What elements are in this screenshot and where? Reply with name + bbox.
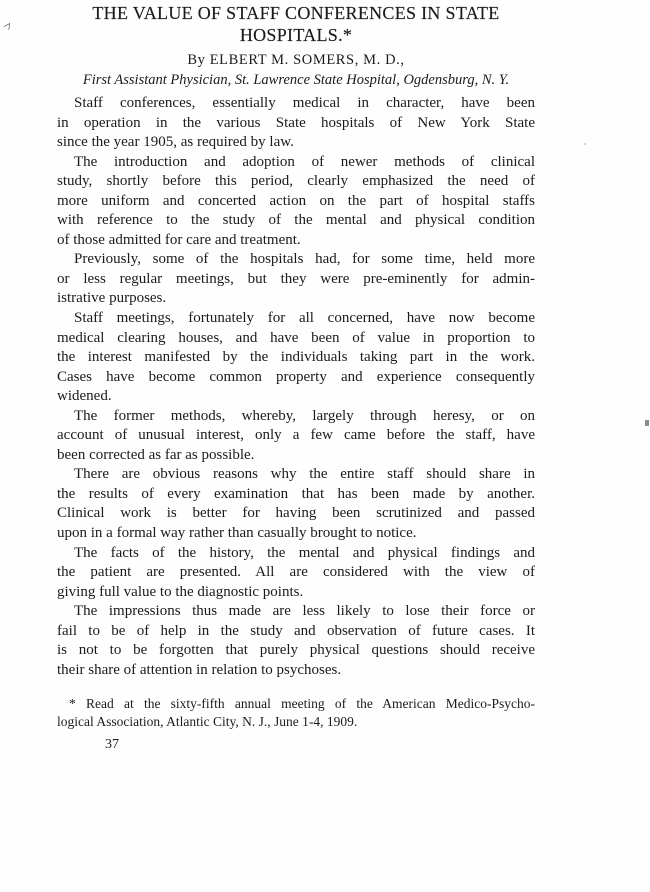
- text-line: upon in a formal way rather than casuall…: [57, 524, 535, 544]
- text-line: account of unusual interest, only a few …: [57, 426, 535, 446]
- text-line: study, shortly before this period, clear…: [57, 172, 535, 192]
- text-line: the interest manifested by the individua…: [57, 348, 535, 368]
- text-line: fail to be of help in the study and obse…: [57, 622, 535, 642]
- paragraph: Staff conferences, essentially medical i…: [57, 94, 535, 153]
- text-line: more uniform and concerted action on the…: [57, 192, 535, 212]
- text-line: been corrected as far as possible.: [57, 446, 535, 466]
- text-line: since the year 1905, as required by law.: [57, 133, 535, 153]
- text-line: There are obvious reasons why the entire…: [57, 465, 535, 485]
- text-line: the results of every examination that ha…: [57, 485, 535, 505]
- text-line: widened.: [57, 387, 535, 407]
- text-line: is not to be forgotten that purely physi…: [57, 641, 535, 661]
- text-line: of those admitted for care and treatment…: [57, 231, 535, 251]
- text-line: The former methods, whereby, largely thr…: [57, 407, 535, 427]
- scanned-paper-page: > THE VALUE OF STAFF CONFERENCES IN STAT…: [0, 0, 650, 892]
- text-line: istrative purposes.: [57, 289, 535, 309]
- text-line: The introduction and adoption of newer m…: [57, 153, 535, 173]
- text-line: medical clearing houses, and have been o…: [57, 329, 535, 349]
- paragraph: The former methods, whereby, largely thr…: [57, 407, 535, 466]
- footnote-line: * Read at the sixty-fifth annual meeting…: [57, 695, 535, 713]
- page-number: 37: [57, 736, 535, 754]
- text-column: THE VALUE OF STAFF CONFERENCES IN STATE …: [57, 2, 535, 754]
- scan-speck: [645, 420, 649, 426]
- paragraph: The facts of the history, the mental and…: [57, 544, 535, 603]
- author-byline: By ELBERT M. SOMERS, M. D.,: [57, 52, 535, 69]
- text-line: with reference to the study of the menta…: [57, 211, 535, 231]
- paragraph: There are obvious reasons why the entire…: [57, 465, 535, 543]
- text-line: Clinical work is better for having been …: [57, 504, 535, 524]
- text-line: in operation in the various State hospit…: [57, 114, 535, 134]
- text-line: The facts of the history, the mental and…: [57, 544, 535, 564]
- paragraph: Previously, some of the hospitals had, f…: [57, 250, 535, 309]
- author-affiliation: First Assistant Physician, St. Lawrence …: [57, 72, 535, 89]
- footnote-line: logical Association, Atlantic City, N. J…: [57, 713, 535, 731]
- text-line: Cases have become common property and ex…: [57, 368, 535, 388]
- text-line: The impressions thus made are less likel…: [57, 602, 535, 622]
- text-line: Staff meetings, fortunately for all conc…: [57, 309, 535, 329]
- article-title-line-1: THE VALUE OF STAFF CONFERENCES IN STATE: [57, 2, 535, 24]
- text-line: giving full value to the diagnostic poin…: [57, 583, 535, 603]
- text-line: their share of attention in relation to …: [57, 661, 535, 681]
- scan-speck: [584, 143, 586, 145]
- paragraph: The impressions thus made are less likel…: [57, 602, 535, 680]
- text-line: Staff conferences, essentially medical i…: [57, 94, 535, 114]
- paragraph: The introduction and adoption of newer m…: [57, 153, 535, 251]
- article-body: Staff conferences, essentially medical i…: [57, 94, 535, 680]
- footnote: * Read at the sixty-fifth annual meeting…: [57, 695, 535, 731]
- text-line: or less regular meetings, but they were …: [57, 270, 535, 290]
- pen-mark: >: [0, 18, 17, 34]
- article-title-line-2: HOSPITALS.*: [57, 24, 535, 46]
- text-line: Previously, some of the hospitals had, f…: [57, 250, 535, 270]
- paragraph: Staff meetings, fortunately for all conc…: [57, 309, 535, 407]
- text-line: the patient are presented. All are consi…: [57, 563, 535, 583]
